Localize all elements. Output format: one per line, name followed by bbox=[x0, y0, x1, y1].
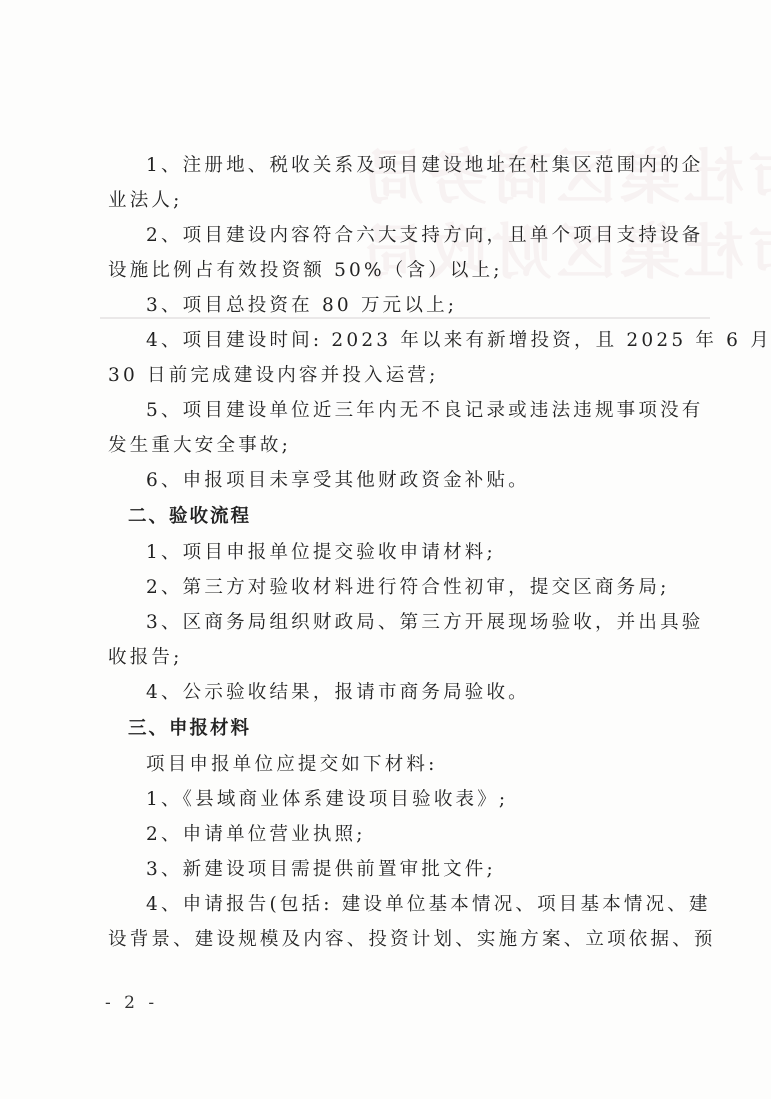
acceptance-process-list: 1、项目申报单位提交验收申请材料; 2、第三方对验收材料进行符合性初审，提交区商… bbox=[108, 535, 706, 710]
process-step-3-line-2: 收报告; bbox=[108, 640, 706, 675]
conditions-list: 1、注册地、税收关系及项目建设地址在杜集区范围内的企 业法人; 2、项目建设内容… bbox=[108, 148, 706, 498]
condition-1-line-2: 业法人; bbox=[108, 183, 706, 218]
condition-3: 3、项目总投资在 80 万元以上; bbox=[108, 288, 706, 323]
material-4-line-1: 4、申请报告(包括: 建设单位基本情况、项目基本情况、建 bbox=[108, 887, 706, 922]
section-heading-acceptance-process: 二、验收流程 bbox=[108, 498, 706, 535]
condition-4-line-2: 30 日前完成建设内容并投入运营; bbox=[108, 358, 706, 393]
material-2: 2、申请单位营业执照; bbox=[108, 817, 706, 852]
condition-1-line-1: 1、注册地、税收关系及项目建设地址在杜集区范围内的企 bbox=[108, 148, 706, 183]
page-number: - 2 - bbox=[105, 993, 158, 1013]
condition-5-line-2: 发生重大安全事故; bbox=[108, 428, 706, 463]
material-3: 3、新建设项目需提供前置审批文件; bbox=[108, 852, 706, 887]
material-4-line-2: 设背景、建设规模及内容、投资计划、实施方案、立项依据、预 bbox=[108, 922, 706, 957]
condition-2-line-2: 设施比例占有效投资额 50%（含）以上; bbox=[108, 253, 706, 288]
process-step-4: 4、公示验收结果，报请市商务局验收。 bbox=[108, 675, 706, 710]
condition-6: 6、申报项目未享受其他财政资金补贴。 bbox=[108, 463, 706, 498]
process-step-3-line-1: 3、区商务局组织财政局、第三方开展现场验收，并出具验 bbox=[108, 605, 706, 640]
section-heading-application-materials: 三、申报材料 bbox=[108, 710, 706, 747]
materials-intro: 项目申报单位应提交如下材料: bbox=[108, 747, 706, 782]
materials-list: 1、《县域商业体系建设项目验收表》; 2、申请单位营业执照; 3、新建设项目需提… bbox=[108, 782, 706, 957]
condition-4-line-1: 4、项目建设时间: 2023 年以来有新增投资，且 2025 年 6 月 bbox=[108, 323, 706, 358]
condition-2-line-1: 2、项目建设内容符合六大支持方向，且单个项目支持设备 bbox=[108, 218, 706, 253]
condition-5-line-1: 5、项目建设单位近三年内无不良记录或违法违规事项没有 bbox=[108, 393, 706, 428]
document-body: 1、注册地、税收关系及项目建设地址在杜集区范围内的企 业法人; 2、项目建设内容… bbox=[108, 148, 706, 957]
material-1: 1、《县域商业体系建设项目验收表》; bbox=[108, 782, 706, 817]
process-step-2: 2、第三方对验收材料进行符合性初审，提交区商务局; bbox=[108, 570, 706, 605]
process-step-1: 1、项目申报单位提交验收申请材料; bbox=[108, 535, 706, 570]
